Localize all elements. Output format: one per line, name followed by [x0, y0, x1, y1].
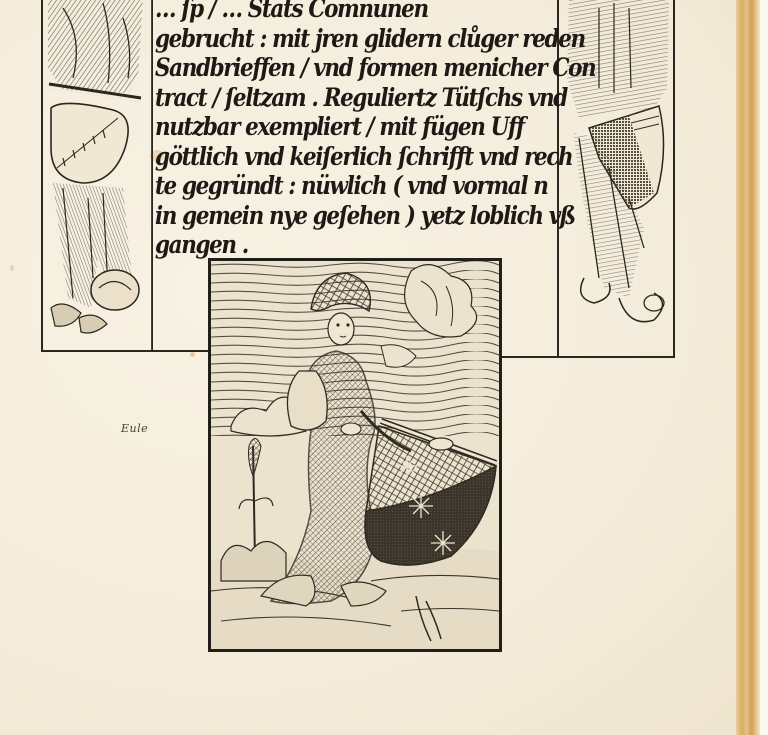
left-standing-figure-woodcut: [43, 0, 151, 350]
marginal-handwritten-note: Eule: [121, 422, 148, 435]
page-background-margin: [760, 0, 768, 735]
text-column-rule: [151, 0, 152, 350]
page-fore-edge: [736, 0, 760, 735]
foxing-spot: [190, 352, 195, 357]
text-line: … ſp / … Stats Comnunen: [155, 0, 501, 24]
text-line: gebrucht : mit jren glidern clůger reden: [155, 24, 501, 54]
right-panel-bottom-rule: [500, 356, 675, 358]
text-line: gangen .: [155, 230, 501, 260]
text-line: te gegründt : nüwlich ( vnd vormal n: [155, 171, 501, 201]
text-line: Sandbrieffen / vnd formen menicher Con: [155, 53, 501, 83]
text-line: tract / ſeltzam . Reguliertz Tütſchs vnd: [155, 83, 501, 113]
central-woodcut-illustration: [208, 258, 502, 652]
blackletter-text-block: … ſp / … Stats Comnunen gebrucht : mit j…: [155, 0, 501, 260]
left-panel-bottom-rule: [41, 350, 211, 352]
text-line: göttlich vnd keiſerlich ſchrifft vnd rec…: [155, 142, 501, 172]
text-line: in gemein nye geſehen ) yetz loblich vß: [155, 201, 501, 231]
foxing-spot: [10, 265, 14, 271]
left-woodcut-panel: [41, 0, 153, 352]
text-line: nutzbar exempliert / mit fügen Uff: [155, 112, 501, 142]
